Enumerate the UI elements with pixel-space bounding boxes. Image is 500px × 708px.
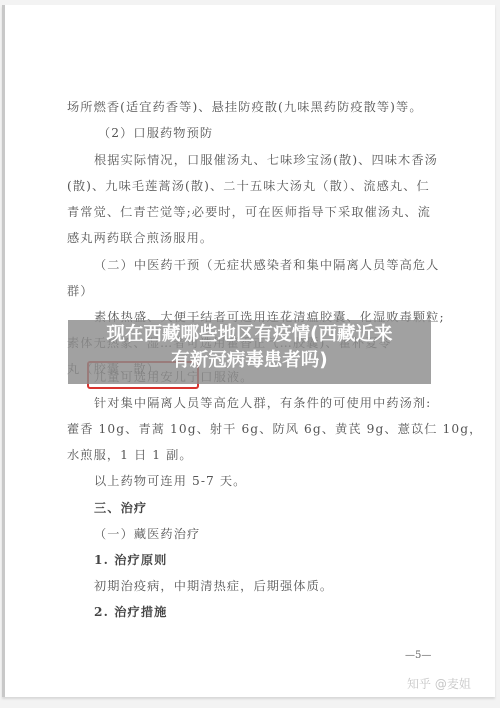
section-heading: （二）中医药干预（无症状感染者和集中隔离人员等高危人 — [94, 256, 439, 273]
overlay-title-line-2: 有新冠病毒患者吗) — [68, 348, 431, 374]
text-line: 感丸两药联合煎汤服用。 — [67, 229, 213, 246]
page-number: —5— — [405, 650, 431, 661]
text-line: 初期治疫病，中期清热症，后期强体质。 — [94, 577, 333, 594]
section-heading: 三、治疗 — [94, 499, 147, 516]
subsection-heading: 1. 治疗原则 — [94, 551, 167, 568]
watermark: 知乎 @麦姐 — [407, 675, 471, 692]
text-line: 以上药物可连用 5-7 天。 — [94, 472, 246, 489]
text-line: 水煎服，1 日 1 副。 — [67, 446, 193, 463]
text-line: 群） — [67, 282, 94, 299]
text-line: 针对集中隔离人员等高危人群，有条件的可使用中药汤剂: — [94, 394, 431, 411]
subsection-heading: 2. 治疗措施 — [94, 603, 167, 620]
text-line: 根据实际情况，口服催汤丸、七味珍宝汤(散)、四味木香汤 — [94, 151, 438, 168]
text-line: 青常觉、仁青芒觉等;必要时，可在医师指导下采取催汤丸、流 — [67, 203, 431, 220]
text-line: 藿香 10g、青蒿 10g、射干 6g、防风 6g、黄芪 9g、薏苡仁 10g， — [67, 420, 482, 437]
section-heading: （一）藏医药治疗 — [94, 525, 200, 542]
section-heading: （2）口服药物预防 — [98, 124, 213, 141]
text-line: 场所燃香(适宜药香等)、悬挂防疫散(九味黑药防疫散等)等。 — [67, 98, 423, 115]
overlay-title: 现在西藏哪些地区有疫情(西藏近来 有新冠病毒患者吗) — [68, 322, 431, 374]
text-line: (散)、九味毛莲蒿汤(散)、二十五味大汤丸（散）、流感丸、仁 — [67, 177, 430, 194]
overlay-title-line-1: 现在西藏哪些地区有疫情(西藏近来 — [68, 322, 431, 348]
